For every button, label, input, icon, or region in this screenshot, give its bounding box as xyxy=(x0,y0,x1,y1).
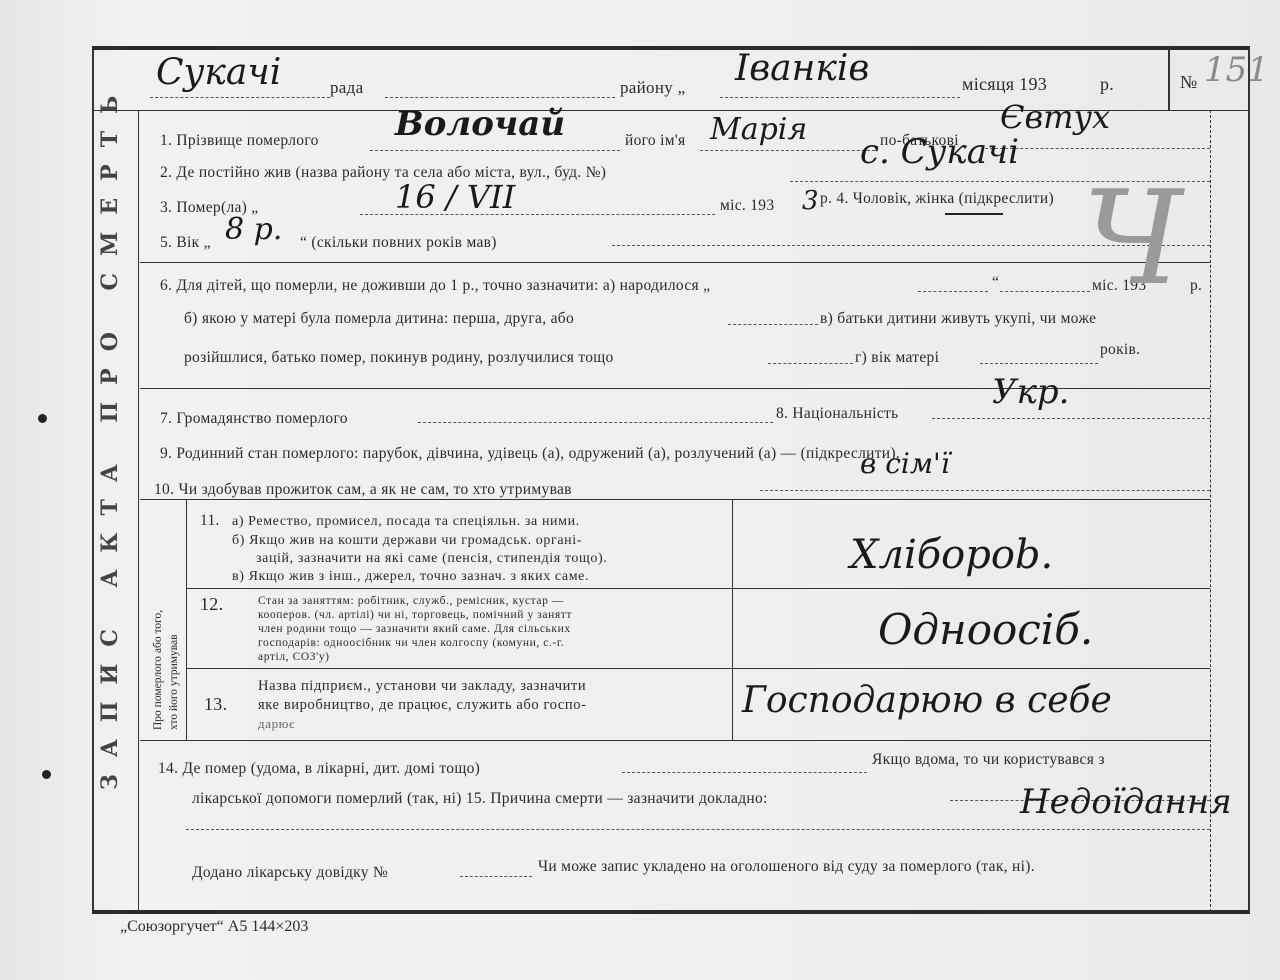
age-hint: “ (скільки повних років мав) xyxy=(300,234,497,252)
item11-value: Хліборob. xyxy=(850,532,1053,578)
death-year-value: 3 xyxy=(802,186,819,216)
death-place-label: 14. Де помер (удома, в лікарні, дит. дом… xyxy=(158,760,480,778)
death-year-label: міс. 193 xyxy=(720,197,774,215)
cause-of-death-value: Недоїдання xyxy=(1020,782,1232,822)
council-label: рада xyxy=(330,78,363,98)
surname-value: Волочай xyxy=(395,104,565,144)
death-place-home-label: Якщо вдома, то чи користувався з xyxy=(872,751,1105,769)
infant-order-label: б) якою у матері була померла дитина: пе… xyxy=(184,310,574,328)
item11-a: а) Ремество, промисел, посада та спеціял… xyxy=(232,514,580,530)
patronymic-value: Євтух xyxy=(1000,98,1110,136)
punch-hole xyxy=(42,770,51,779)
mother-age-label: г) вік матері xyxy=(855,349,939,367)
item12-line3: член родини тощо — зазначити який саме. … xyxy=(258,623,571,635)
nationality-value: Укр. xyxy=(992,372,1069,412)
item12-line2: кооперов. (чл. артілі) чи ні, торговець,… xyxy=(258,609,572,621)
age-label: 5. Вік „ xyxy=(160,234,211,252)
age-value: 8 р. xyxy=(225,212,282,247)
surname-label: 1. Прізвище померлого xyxy=(160,132,319,150)
sex-label: р. 4. Чоловік, жінка (підкреслити) xyxy=(820,190,1054,208)
item12-number: 12. xyxy=(200,594,223,615)
citizenship-label: 7. Громадянство померлого xyxy=(160,410,348,428)
residence-label: 2. Де постійно жив (назва району та села… xyxy=(160,164,606,182)
council-handwritten: Сукачі xyxy=(156,52,281,93)
item13-line2: яке виробництво, де працює, служить або … xyxy=(258,697,587,714)
punch-hole xyxy=(38,414,47,423)
residence-value: с. Сукачі xyxy=(860,132,1019,172)
item13-line3: дарює xyxy=(258,716,295,732)
month-label: місяця 193 xyxy=(962,74,1047,95)
item11-b1: б) Якщо жив на кошти держави чи громадсь… xyxy=(232,533,582,549)
number-label: № xyxy=(1180,72,1197,93)
item11-number: 11. xyxy=(200,512,220,530)
medical-certificate-label: Додано лікарську довідку № xyxy=(192,864,388,882)
item12-line4: господарів: одноосібник чи член колгоспу… xyxy=(258,637,564,649)
item11-b2: зацій, зазначити на які саме (пенсія, ст… xyxy=(256,551,607,567)
item12-line5: артіл, СОЗ'у) xyxy=(258,651,330,663)
nationality-label: 8. Національність xyxy=(776,405,898,423)
infant-birth-label: 6. Для дітей, що померли, не доживши до … xyxy=(160,277,710,295)
pencil-annotation: Ч xyxy=(1082,162,1182,314)
court-record-label: Чи може запис укладено на оголошеного ві… xyxy=(538,858,1035,876)
number-handwritten: 151 xyxy=(1204,50,1269,90)
item13-value: Господарюю в себе xyxy=(742,680,1112,721)
month-handwritten: Іванків xyxy=(735,48,869,89)
side-subtitle-line1: Про померлого або того, xyxy=(150,610,166,730)
parents-label: в) батьки дитини живуть укупі, чи може xyxy=(820,310,1096,328)
printer-imprint: „Союзоргучет“ А5 144×203 xyxy=(120,918,308,936)
item13-number: 13. xyxy=(204,694,227,715)
district-label: району „ xyxy=(620,78,685,98)
item11-c: в) Якщо жив з інш., джерел, точно зазнач… xyxy=(232,569,589,585)
item12-line1: Стан за заняттям: робітник, служб., ремі… xyxy=(258,595,564,607)
quote-mark: “ xyxy=(992,274,999,292)
marital-status-label: 9. Родинний стан померлого: парубок, дів… xyxy=(160,445,900,463)
death-date-value: 16 / VII xyxy=(395,178,515,216)
cause-of-death-label: лікарської допомоги померлий (так, ні) 1… xyxy=(192,790,768,808)
side-subtitle-line2: хто його утримував xyxy=(166,610,182,730)
marital-status-value: в сім'ї xyxy=(860,447,950,480)
first-name-value: Марія xyxy=(710,112,807,147)
first-name-label: його ім'я xyxy=(625,132,685,150)
item13-line1: Назва підприєм., установи чи закладу, за… xyxy=(258,678,586,695)
item12-value: Одноосіб. xyxy=(878,605,1093,654)
mother-age-suffix: років. xyxy=(1100,341,1140,359)
parents-status-label: розійшлися, батько помер, покинув родину… xyxy=(184,349,614,367)
form-title: ЗАПИС АКТА ПРО СМЕРТЬ xyxy=(97,230,133,790)
occupation-side-label: Про померлого або того, хто його утримув… xyxy=(150,610,182,730)
livelihood-label: 10. Чи здобував прожиток сам, а як не са… xyxy=(154,481,572,499)
infant-year-suffix: р. xyxy=(1190,277,1202,295)
year-suffix: р. xyxy=(1100,74,1114,95)
